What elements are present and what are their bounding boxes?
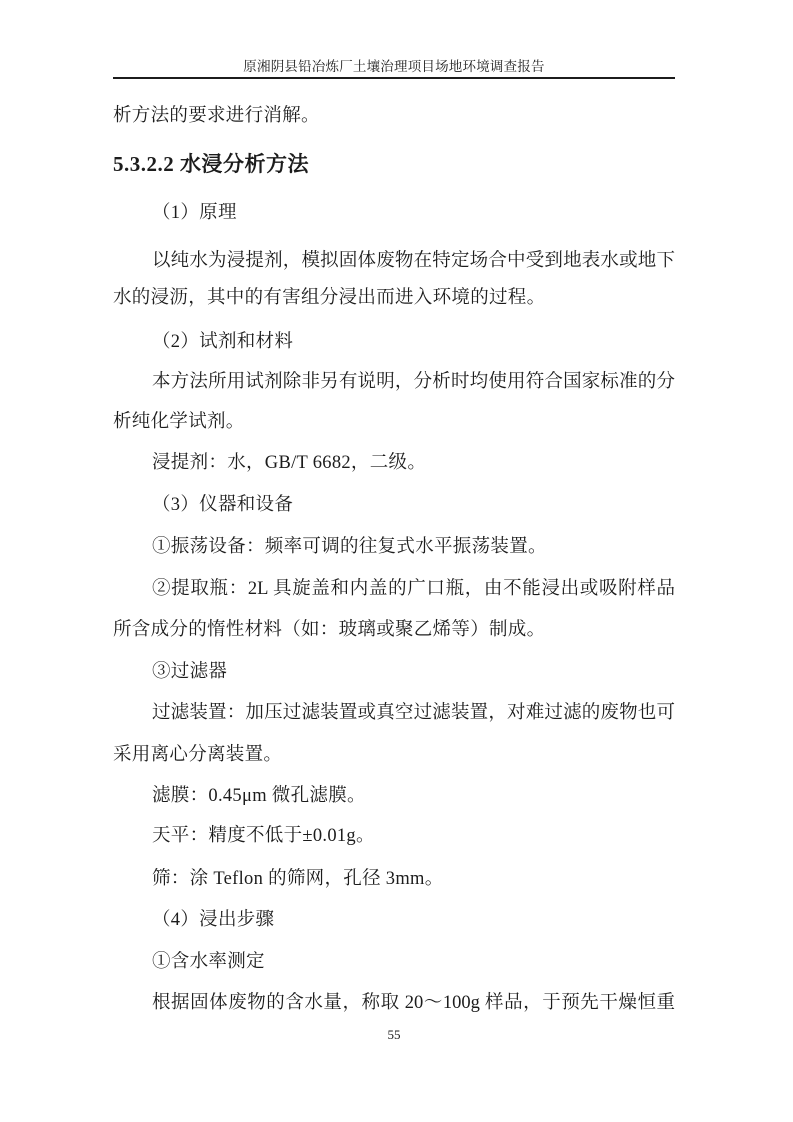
body-line-moisture: ①含水率测定 bbox=[113, 942, 675, 982]
body-line-shaker: ①振荡设备：频率可调的往复式水平振荡装置。 bbox=[113, 527, 675, 567]
body-line: 采用离心分离装置。 bbox=[113, 735, 675, 775]
body-line: 本方法所用试剂除非另有说明，分析时均使用符合国家标准的分 bbox=[113, 362, 675, 402]
body-line: 根据固体废物的含水量，称取 20～100g 样品，于预先干燥恒重 bbox=[113, 983, 675, 1023]
body-line-filter-device: 过滤装置：加压过滤装置或真空过滤装置，对难过滤的废物也可 bbox=[113, 693, 675, 733]
body-line: 析纯化学试剂。 bbox=[113, 402, 675, 442]
header-rule bbox=[113, 77, 675, 79]
list-item-principle: （1）原理 bbox=[113, 193, 675, 233]
list-item-reagents: （2）试剂和材料 bbox=[113, 322, 675, 362]
section-heading: 5.3.2.2 水浸分析方法 bbox=[113, 144, 675, 184]
body-line: 水的浸沥，其中的有害组分浸出而进入环境的过程。 bbox=[113, 278, 675, 318]
body-line-membrane: 滤膜：0.45μm 微孔滤膜。 bbox=[113, 776, 675, 816]
list-item-leaching-steps: （4）浸出步骤 bbox=[113, 900, 675, 940]
body-line: 所含成分的惰性材料（如：玻璃或聚乙烯等）制成。 bbox=[113, 610, 675, 650]
body-line-continuation: 析方法的要求进行消解。 bbox=[113, 96, 675, 136]
list-item-instruments: （3）仪器和设备 bbox=[113, 485, 675, 525]
body-line-leaching-agent: 浸提剂：水，GB/T 6682，二级。 bbox=[113, 443, 675, 483]
body-line-balance: 天平：精度不低于±0.01g。 bbox=[113, 816, 675, 856]
body-line-sieve: 筛：涂 Teflon 的筛网，孔径 3mm。 bbox=[113, 859, 675, 899]
page-number: 55 bbox=[113, 1025, 675, 1045]
body-line-extraction-bottle: ②提取瓶：2L 具旋盖和内盖的广口瓶，由不能浸出或吸附样品 bbox=[113, 569, 675, 609]
document-page: 原湘阴县铅冶炼厂土壤治理项目场地环境调查报告 析方法的要求进行消解。 5.3.2… bbox=[0, 0, 793, 1122]
running-header-title: 原湘阴县铅冶炼厂土壤治理项目场地环境调查报告 bbox=[113, 55, 675, 79]
body-line: 以纯水为浸提剂，模拟固体废物在特定场合中受到地表水或地下 bbox=[113, 241, 675, 281]
body-line-filter: ③过滤器 bbox=[113, 652, 675, 692]
